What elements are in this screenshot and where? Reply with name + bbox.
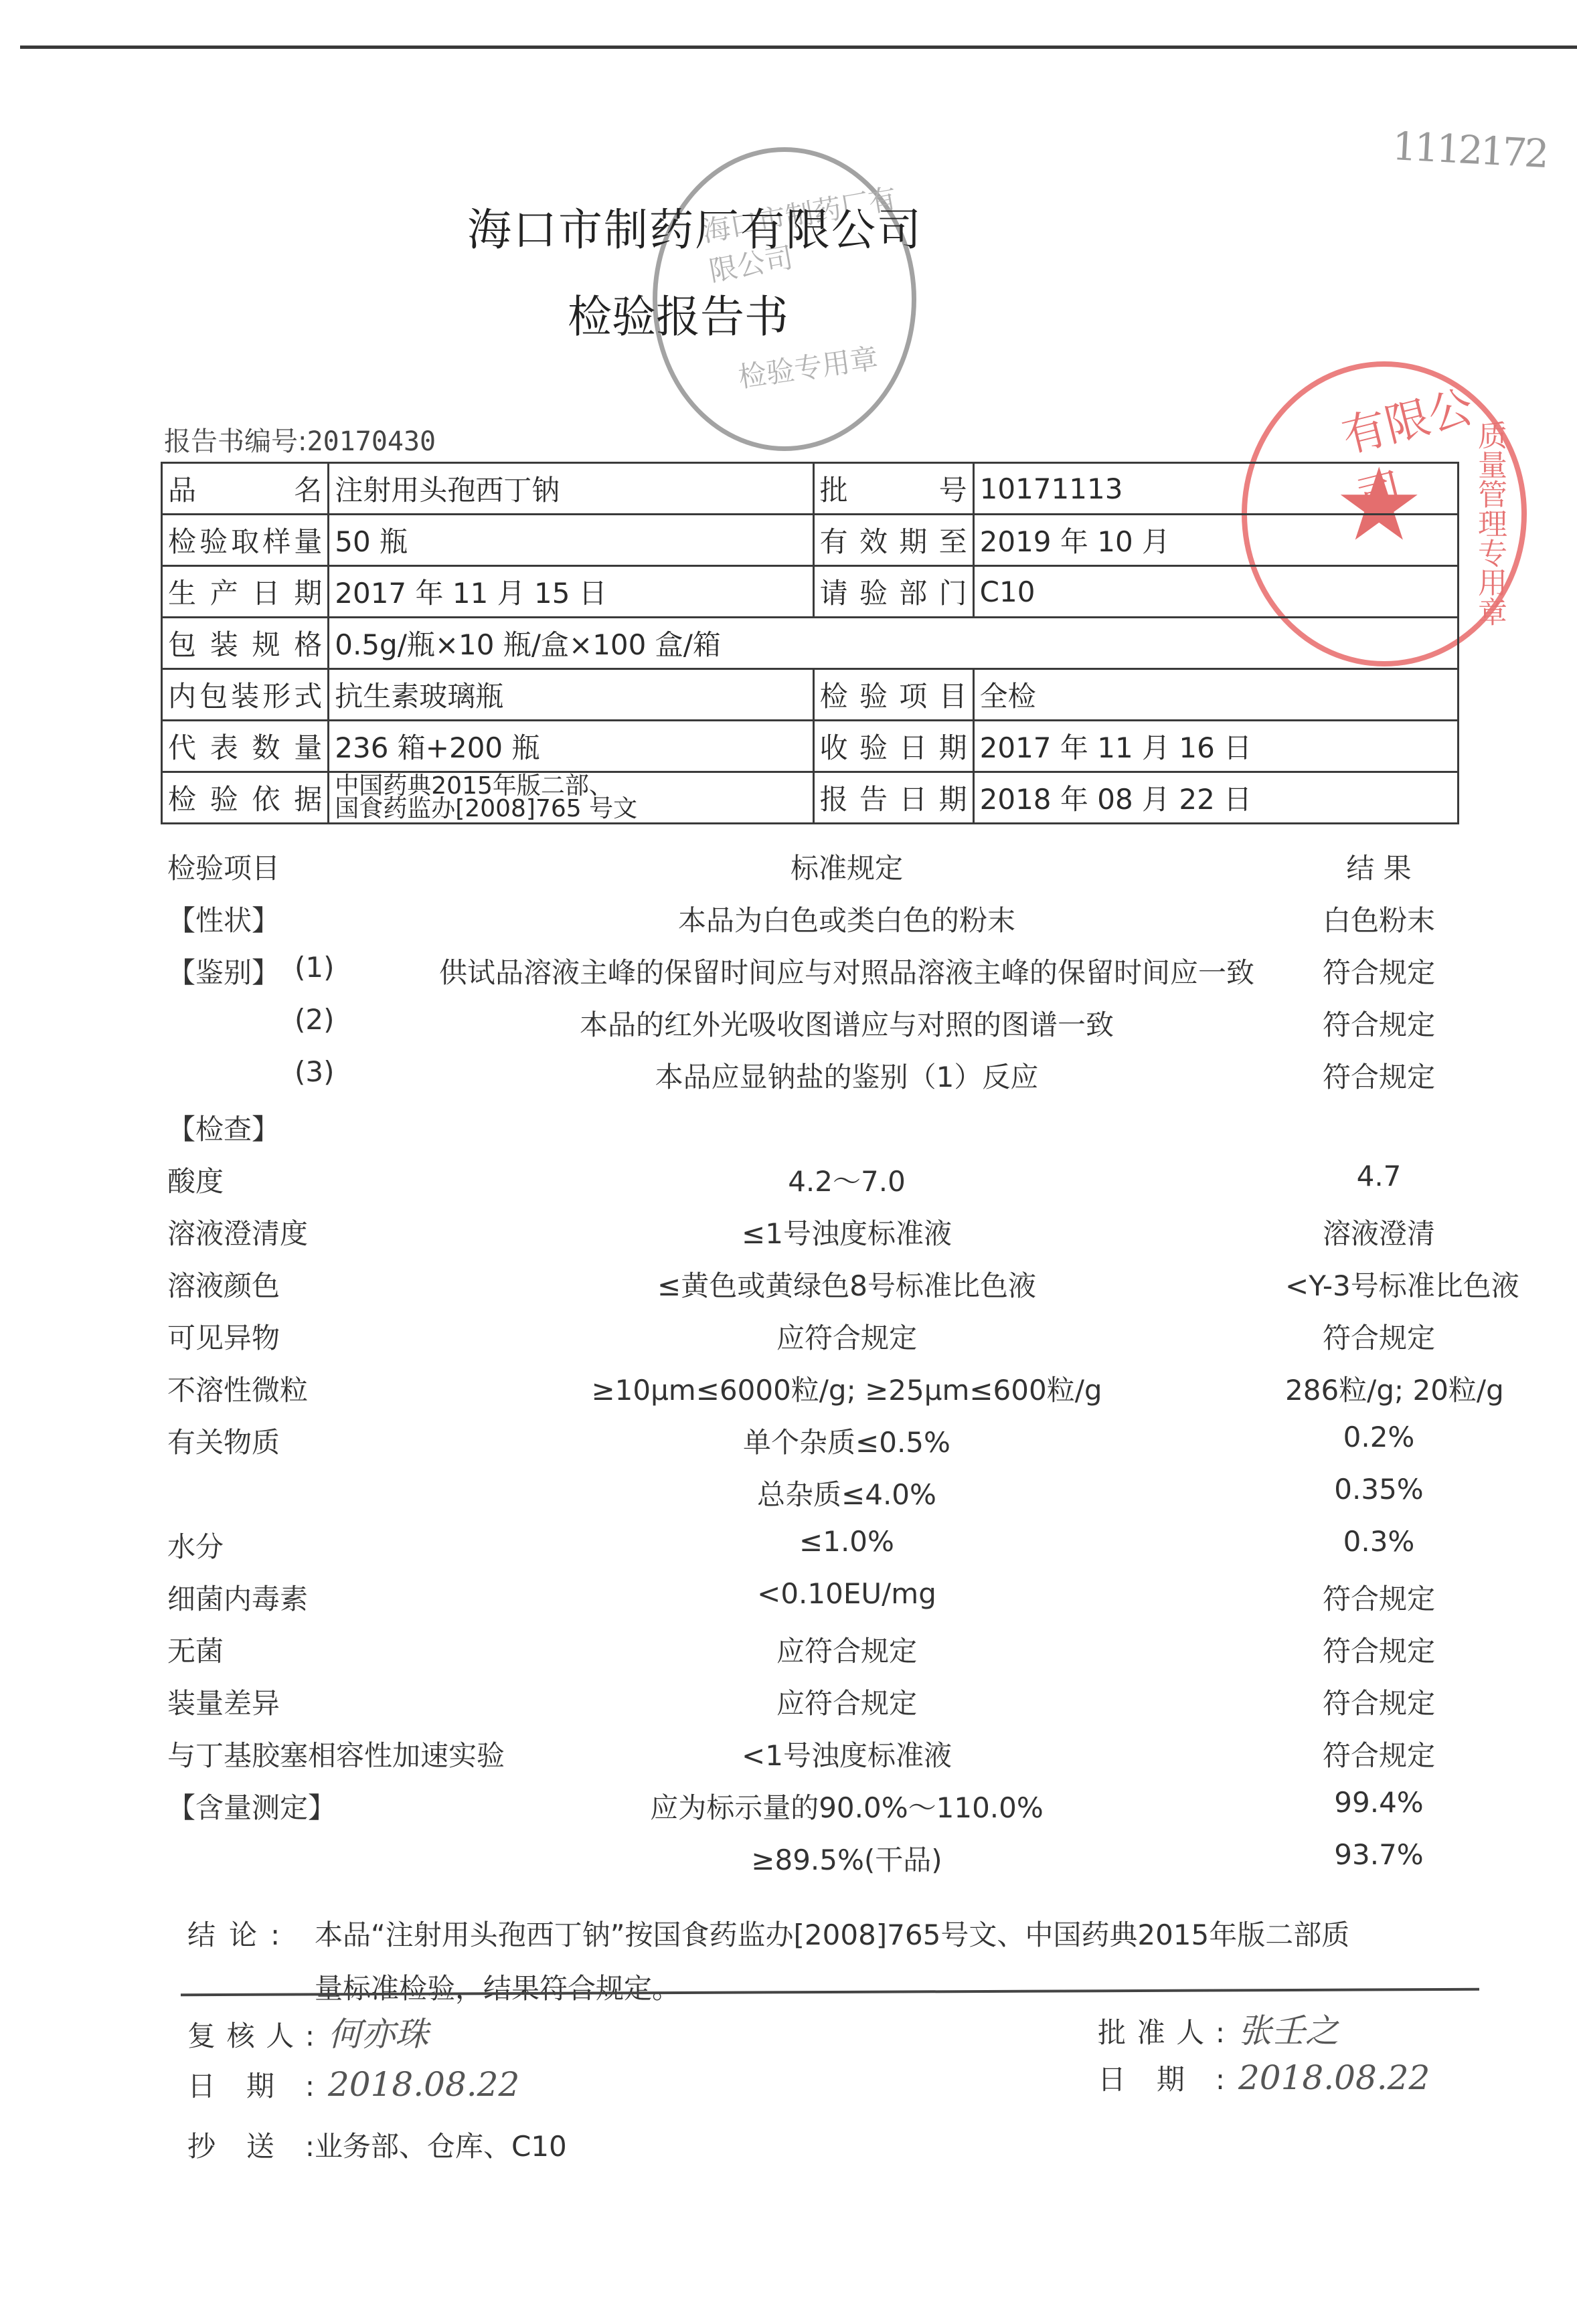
test-standard: 本品为白色或类白色的粉末 bbox=[361, 899, 1332, 939]
basis-line-1: 中国药典2015年版二部、 bbox=[335, 775, 807, 798]
test-row: (2)本品的红外光吸收图谱应与对照的图谱一致符合规定 bbox=[167, 1003, 1473, 1055]
test-result: 符合规定 bbox=[1285, 1577, 1473, 1617]
test-row: 溶液澄清度≤1号浊度标准液溶液澄清 bbox=[167, 1212, 1473, 1264]
test-row: (3)本品应显钠盐的鉴别（1）反应符合规定 bbox=[167, 1055, 1473, 1107]
basis-line-2: 国食药监办[2008]765 号文 bbox=[335, 798, 807, 820]
test-standard: 4.2～7.0 bbox=[361, 1160, 1332, 1200]
report-number-label: 报告书编号: bbox=[164, 426, 307, 457]
test-item: 【性状】 bbox=[167, 899, 280, 939]
test-result: 99.4% bbox=[1285, 1786, 1473, 1819]
approver-signature: 张壬之 bbox=[1238, 2012, 1339, 2050]
test-result: 0.35% bbox=[1285, 1473, 1473, 1506]
test-sub-index: (3) bbox=[295, 1055, 335, 1088]
label-batch-number: 批号 bbox=[813, 463, 973, 515]
test-result: 0.2% bbox=[1285, 1421, 1473, 1453]
label-sample-quantity: 检验取样量 bbox=[162, 515, 329, 566]
seal-bottom-text: 检验专用章 bbox=[736, 337, 880, 396]
label-receipt-date: 收验日期 bbox=[813, 721, 973, 772]
label-expiry: 有效期至 bbox=[813, 515, 973, 566]
value-report-date: 2018 年 08 月 22 日 bbox=[973, 772, 1458, 824]
test-result: 286粒/g; 20粒/g bbox=[1285, 1368, 1473, 1409]
reviewer-date-line: 日期:2018.08.22 bbox=[187, 2064, 519, 2105]
value-production-date: 2017 年 11 月 15 日 bbox=[329, 566, 813, 618]
test-result: <Y-3号标准比色液 bbox=[1285, 1264, 1473, 1304]
test-standard: ≤1.0% bbox=[361, 1525, 1332, 1558]
approver-date-line: 日期:2018.08.22 bbox=[1098, 2058, 1430, 2098]
test-result: 符合规定 bbox=[1285, 1734, 1473, 1774]
value-sample-quantity: 50 瓶 bbox=[329, 515, 813, 566]
test-result: 符合规定 bbox=[1285, 1055, 1473, 1095]
test-standard: 总杂质≤4.0% bbox=[361, 1473, 1332, 1513]
test-standard: <1号浊度标准液 bbox=[361, 1734, 1332, 1774]
conclusion: 结论:本品“注射用头孢西丁钠”按国食药监办[2008]765号文、中国药典201… bbox=[187, 1908, 1473, 2016]
label-product-name: 品名 bbox=[162, 463, 329, 515]
test-standard: 单个杂质≤0.5% bbox=[361, 1421, 1332, 1461]
info-row: 检验依据 中国药典2015年版二部、 国食药监办[2008]765 号文 报告日… bbox=[162, 772, 1459, 824]
test-results-list: 检验项目 标准规定 结 果 【性状】本品为白色或类白色的粉末白色粉末【鉴别】(1… bbox=[167, 846, 1473, 1890]
test-item: 【鉴别】 bbox=[167, 951, 280, 991]
product-info-table: 品名 注射用头孢西丁钠 批号 10171113 检验取样量 50 瓶 有效期至 … bbox=[161, 462, 1459, 824]
label-report-date: 报告日期 bbox=[813, 772, 973, 824]
reviewer-signature-line: 复核人:何亦珠 bbox=[187, 2007, 428, 2056]
test-sub-index: (1) bbox=[295, 951, 335, 984]
test-row: 【性状】本品为白色或类白色的粉末白色粉末 bbox=[167, 899, 1473, 951]
test-standard: ≤黄色或黄绿色8号标准比色液 bbox=[361, 1264, 1332, 1304]
test-standard: 应符合规定 bbox=[361, 1316, 1332, 1356]
test-row: 溶液颜色≤黄色或黄绿色8号标准比色液<Y-3号标准比色液 bbox=[167, 1264, 1473, 1316]
value-product-name: 注射用头孢西丁钠 bbox=[329, 463, 813, 515]
test-standard: 本品的红外光吸收图谱应与对照的图谱一致 bbox=[361, 1003, 1332, 1043]
value-inner-packaging: 抗生素玻璃瓶 bbox=[329, 669, 813, 721]
header-item: 检验项目 bbox=[167, 846, 280, 887]
cc-label: 抄送: bbox=[187, 2125, 315, 2165]
label-production-date: 生产日期 bbox=[162, 566, 329, 618]
label-requesting-dept: 请验部门 bbox=[813, 566, 973, 618]
test-standard: 应符合规定 bbox=[361, 1682, 1332, 1722]
test-sub-index: (2) bbox=[295, 1003, 335, 1036]
test-item: 酸度 bbox=[167, 1160, 224, 1200]
info-row: 生产日期 2017 年 11 月 15 日 请验部门 C10 bbox=[162, 566, 1459, 618]
test-header-row: 检验项目 标准规定 结 果 bbox=[167, 846, 1473, 899]
conclusion-label: 结论: bbox=[187, 1908, 315, 1962]
test-result: 4.7 bbox=[1285, 1160, 1473, 1192]
value-batch-number: 10171113 bbox=[973, 463, 1458, 515]
test-item: 【含量测定】 bbox=[167, 1786, 336, 1826]
info-row: 检验取样量 50 瓶 有效期至 2019 年 10 月 bbox=[162, 515, 1459, 566]
test-standard: ≥89.5%(干品) bbox=[361, 1838, 1332, 1878]
value-inspection-basis: 中国药典2015年版二部、 国食药监办[2008]765 号文 bbox=[329, 772, 813, 824]
info-row: 内包装形式 抗生素玻璃瓶 检验项目 全检 bbox=[162, 669, 1459, 721]
report-number: 报告书编号:20170430 bbox=[164, 420, 436, 458]
test-standard: <0.10EU/mg bbox=[361, 1577, 1332, 1610]
test-row: 装量差异应符合规定符合规定 bbox=[167, 1682, 1473, 1734]
test-item: 溶液澄清度 bbox=[167, 1212, 308, 1252]
reviewer-label: 复核人: bbox=[187, 2014, 315, 2054]
label-inner-packaging: 内包装形式 bbox=[162, 669, 329, 721]
test-row: 可见异物应符合规定符合规定 bbox=[167, 1316, 1473, 1368]
approver-label: 批准人: bbox=[1098, 2011, 1225, 2051]
test-item: 装量差异 bbox=[167, 1682, 280, 1722]
reviewer-date-label: 日期: bbox=[187, 2064, 315, 2105]
handwritten-note: 1112172 bbox=[1391, 123, 1548, 177]
test-row: 与丁基胶塞相容性加速实验<1号浊度标准液符合规定 bbox=[167, 1734, 1473, 1786]
test-result: 0.3% bbox=[1285, 1525, 1473, 1558]
test-row: 总杂质≤4.0%0.35% bbox=[167, 1473, 1473, 1525]
test-item: 溶液颜色 bbox=[167, 1264, 280, 1304]
document-title: 检验报告书 bbox=[0, 281, 1577, 345]
value-receipt-date: 2017 年 11 月 16 日 bbox=[973, 721, 1458, 772]
header-standard: 标准规定 bbox=[361, 846, 1332, 887]
test-item: 水分 bbox=[167, 1525, 224, 1565]
value-represented-quantity: 236 箱+200 瓶 bbox=[329, 721, 813, 772]
test-row: 不溶性微粒≥10μm≤6000粒/g; ≥25μm≤600粒/g286粒/g; … bbox=[167, 1368, 1473, 1421]
label-represented-quantity: 代表数量 bbox=[162, 721, 329, 772]
cc-value: 业务部、仓库、C10 bbox=[315, 2130, 567, 2163]
header-result: 结 果 bbox=[1285, 846, 1473, 887]
test-standard: 供试品溶液主峰的保留时间应与对照品溶液主峰的保留时间应一致 bbox=[361, 951, 1332, 991]
label-inspection-items: 检验项目 bbox=[813, 669, 973, 721]
test-row: 无菌应符合规定符合规定 bbox=[167, 1629, 1473, 1682]
cc-line: 抄送:业务部、仓库、C10 bbox=[187, 2125, 567, 2165]
test-row: 细菌内毒素<0.10EU/mg符合规定 bbox=[167, 1577, 1473, 1629]
value-expiry: 2019 年 10 月 bbox=[973, 515, 1458, 566]
info-row: 代表数量 236 箱+200 瓶 收验日期 2017 年 11 月 16 日 bbox=[162, 721, 1459, 772]
test-row: 【鉴别】(1)供试品溶液主峰的保留时间应与对照品溶液主峰的保留时间应一致符合规定 bbox=[167, 951, 1473, 1003]
report-number-value: 20170430 bbox=[307, 426, 436, 457]
test-result: 符合规定 bbox=[1285, 1629, 1473, 1670]
test-standard: ≥10μm≤6000粒/g; ≥25μm≤600粒/g bbox=[361, 1368, 1332, 1409]
info-row: 包装规格 0.5g/瓶×10 瓶/盒×100 盒/箱 bbox=[162, 618, 1459, 669]
test-result: 符合规定 bbox=[1285, 1003, 1473, 1043]
test-row: 酸度4.2～7.04.7 bbox=[167, 1160, 1473, 1212]
test-result: 溶液澄清 bbox=[1285, 1212, 1473, 1252]
value-package-spec: 0.5g/瓶×10 瓶/盒×100 盒/箱 bbox=[329, 618, 1459, 669]
test-row: 【含量测定】应为标示量的90.0%～110.0%99.4% bbox=[167, 1786, 1473, 1838]
test-row: 有关物质单个杂质≤0.5%0.2% bbox=[167, 1421, 1473, 1473]
test-standard: 应符合规定 bbox=[361, 1629, 1332, 1670]
conclusion-line-1: 本品“注射用头孢西丁钠”按国食药监办[2008]765号文、中国药典2015年版… bbox=[315, 1918, 1349, 1951]
scan-top-rule bbox=[20, 46, 1577, 49]
test-item: 【检查】 bbox=[167, 1107, 280, 1148]
test-result: 符合规定 bbox=[1285, 1316, 1473, 1356]
test-item: 有关物质 bbox=[167, 1421, 280, 1461]
reviewer-signature: 何亦珠 bbox=[328, 2015, 428, 2054]
red-seal-side-text: 质量管理专用章 bbox=[1468, 420, 1511, 626]
approver-signature-line: 批准人:张壬之 bbox=[1098, 2004, 1339, 2052]
company-name: 海口市制药厂有限公司 bbox=[0, 194, 1577, 258]
approver-date: 2018.08.22 bbox=[1238, 2058, 1430, 2097]
value-requesting-dept: C10 bbox=[973, 566, 1458, 618]
test-item: 细菌内毒素 bbox=[167, 1577, 308, 1617]
test-row: 水分≤1.0%0.3% bbox=[167, 1525, 1473, 1577]
test-item: 可见异物 bbox=[167, 1316, 280, 1356]
test-result: 符合规定 bbox=[1285, 1682, 1473, 1722]
test-row: 【检查】 bbox=[167, 1107, 1473, 1160]
test-standard: ≤1号浊度标准液 bbox=[361, 1212, 1332, 1252]
test-result: 93.7% bbox=[1285, 1838, 1473, 1871]
test-result: 符合规定 bbox=[1285, 951, 1473, 991]
reviewer-date: 2018.08.22 bbox=[328, 2065, 519, 2104]
test-row: ≥89.5%(干品)93.7% bbox=[167, 1838, 1473, 1890]
test-standard: 本品应显钠盐的鉴别（1）反应 bbox=[361, 1055, 1332, 1095]
info-row: 品名 注射用头孢西丁钠 批号 10171113 bbox=[162, 463, 1459, 515]
label-package-spec: 包装规格 bbox=[162, 618, 329, 669]
label-inspection-basis: 检验依据 bbox=[162, 772, 329, 824]
test-result: 白色粉末 bbox=[1285, 899, 1473, 939]
approver-date-label: 日期: bbox=[1098, 2058, 1225, 2098]
test-item: 无菌 bbox=[167, 1629, 224, 1670]
value-inspection-items: 全检 bbox=[973, 669, 1458, 721]
test-standard: 应为标示量的90.0%～110.0% bbox=[361, 1786, 1332, 1826]
test-item: 不溶性微粒 bbox=[167, 1368, 308, 1409]
